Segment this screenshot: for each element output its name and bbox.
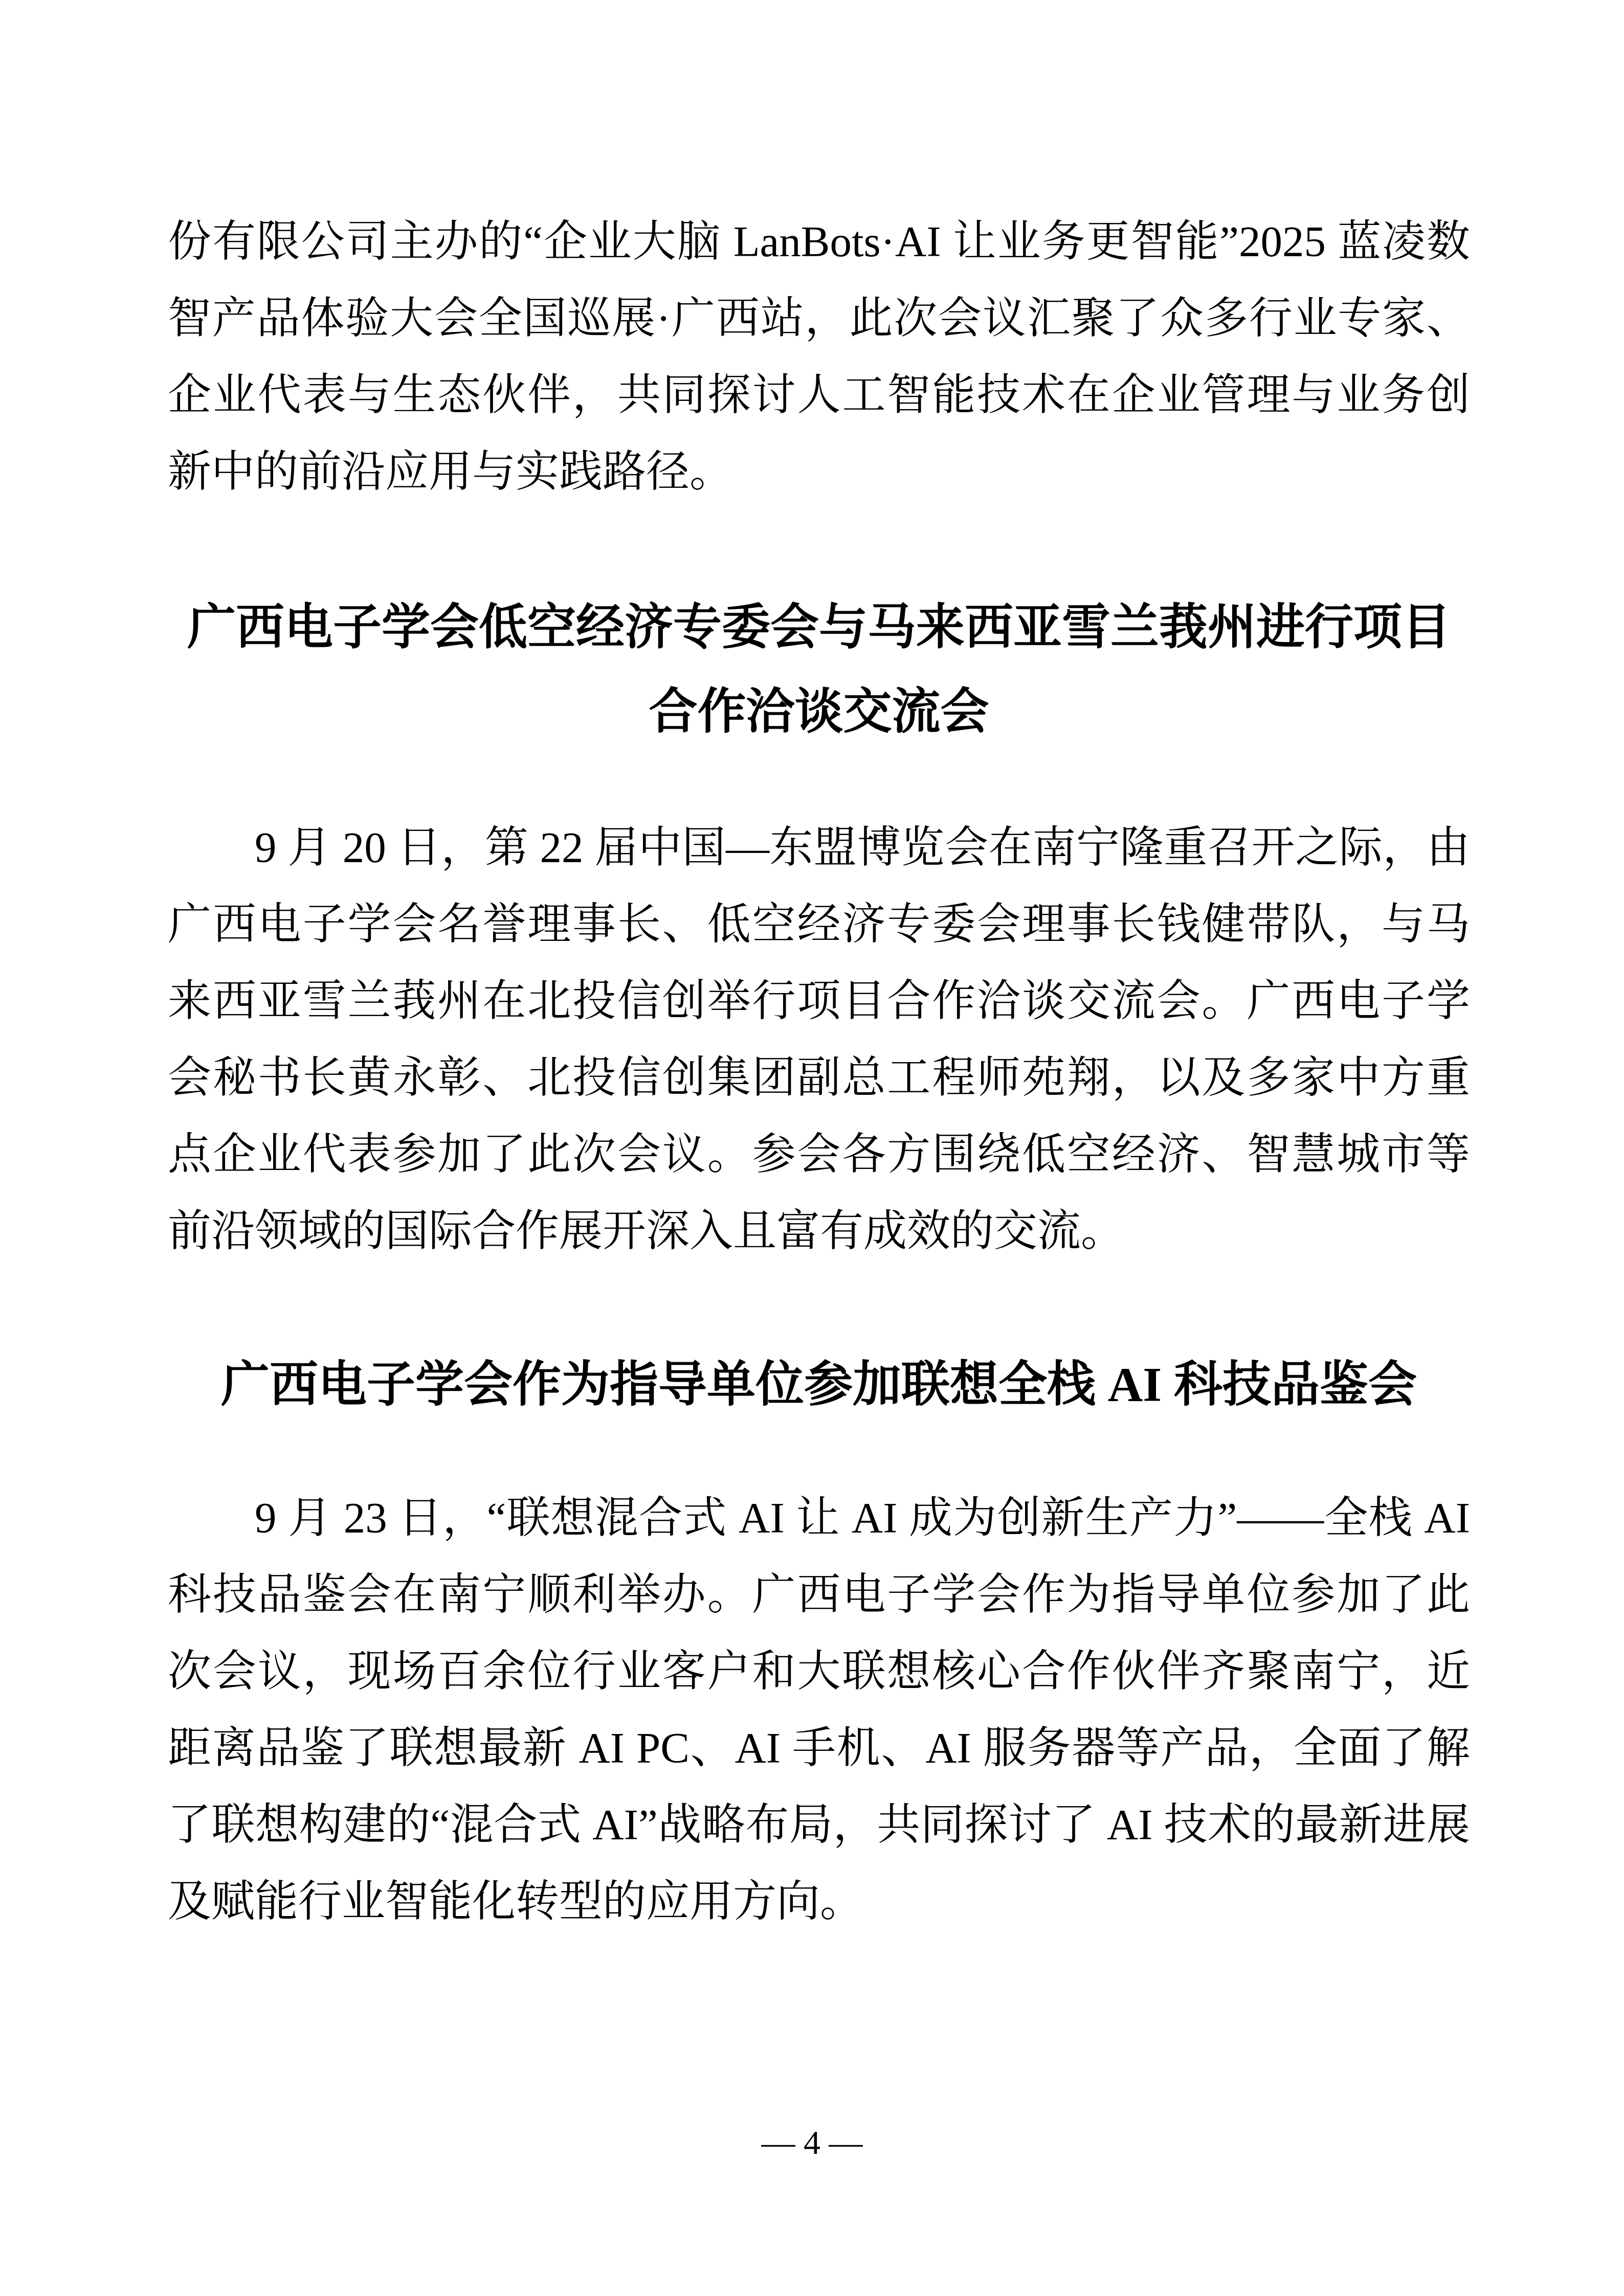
section-heading-selangor: 广西电子学会低空经济专委会与马来西亚雪兰莪州进行项目 合作洽谈交流会 — [168, 586, 1470, 754]
paragraph-continuation: 份有限公司主办的“企业大脑 LanBots·AI 让业务更智能”2025 蓝凌数… — [168, 204, 1470, 510]
document-content: 份有限公司主办的“企业大脑 LanBots·AI 让业务更智能”2025 蓝凌数… — [168, 204, 1470, 1940]
page-number: — 4 — — [0, 2126, 1624, 2160]
paragraph-lenovo-event: 9 月 23 日，“联想混合式 AI 让 AI 成为创新生产力”——全栈 AI … — [168, 1480, 1470, 1940]
heading-line: 广西电子学会低空经济专委会与马来西亚雪兰莪州进行项目 — [168, 586, 1470, 670]
paragraph-selangor-meeting: 9 月 20 日，第 22 届中国—东盟博览会在南宁隆重召开之际，由广西电子学会… — [168, 809, 1470, 1270]
section-heading-lenovo: 广西电子学会作为指导单位参加联想全栈 AI 科技品鉴会 — [168, 1343, 1470, 1427]
heading-line: 合作洽谈交流会 — [168, 670, 1470, 754]
document-page: 份有限公司主办的“企业大脑 LanBots·AI 让业务更智能”2025 蓝凌数… — [0, 0, 1624, 2296]
